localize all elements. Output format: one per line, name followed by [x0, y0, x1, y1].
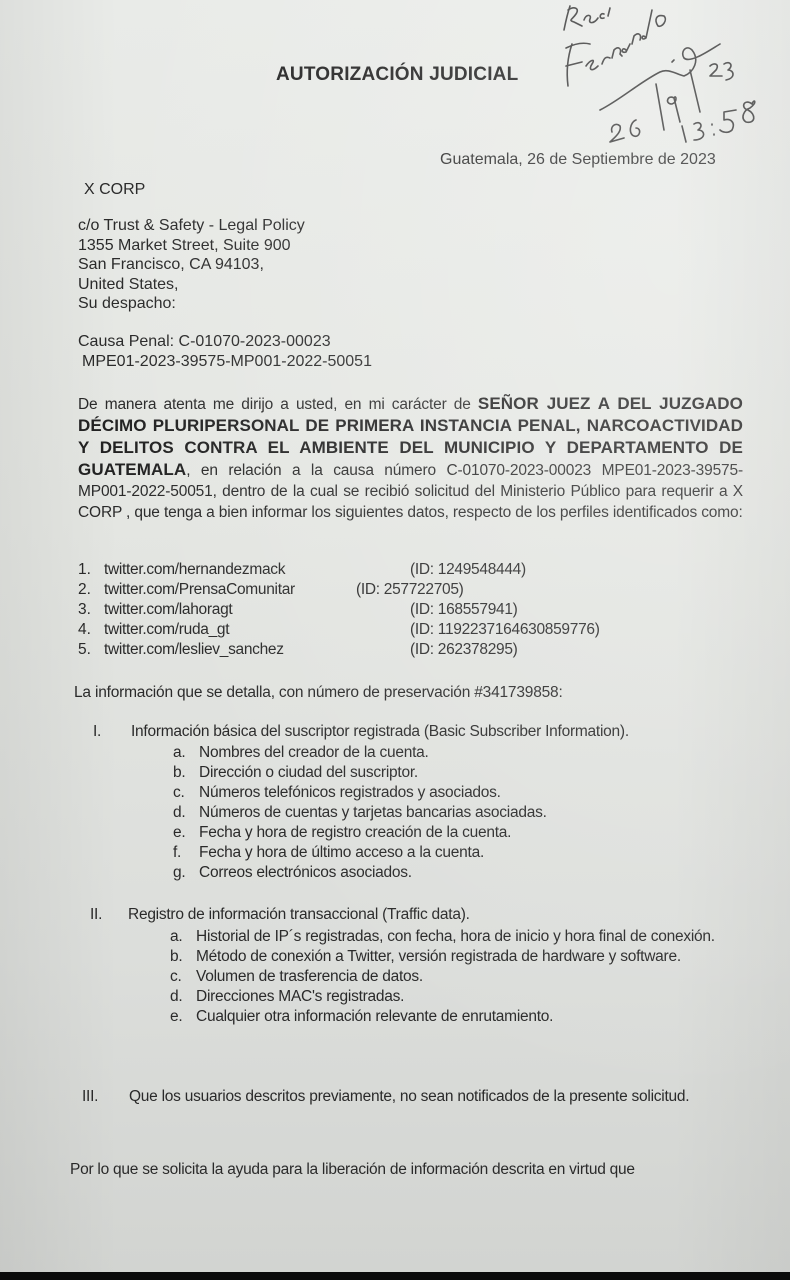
item-letter: e. — [173, 823, 185, 843]
section-numeral: II. — [90, 905, 102, 925]
address-line: 1355 Market Street, Suite 900 — [78, 236, 305, 256]
item-text: Cualquier otra información relevante de … — [196, 1008, 553, 1025]
case-reference: Causa Penal: C-01070-2023-00023 MPE01-20… — [78, 332, 372, 372]
profile-list: 1. twitter.com/hernandezmack (ID: 124954… — [78, 560, 778, 660]
item-number: 3. — [78, 600, 91, 620]
section-heading: Información básica del suscriptor regist… — [131, 722, 629, 742]
mp-reference: MPE01-2023-39575-MP001-2022-50051 — [78, 352, 372, 372]
date-line: Guatemala, 26 de Septiembre de 2023 — [440, 151, 716, 169]
sub-item-list: a.Nombres del creador de la cuenta. b.Di… — [173, 743, 767, 883]
preservation-number-line: La información que se detalla, con númer… — [74, 684, 563, 702]
profile-id: (ID: 1192237164630859776) — [410, 620, 600, 640]
profile-id: (ID: 1249548444) — [410, 560, 526, 580]
item-number: 1. — [78, 560, 91, 580]
item-letter: d. — [170, 987, 182, 1007]
item-letter: c. — [170, 967, 182, 987]
case-number: Causa Penal: C-01070-2023-00023 — [78, 332, 372, 352]
address-line: c/o Trust & Safety - Legal Policy — [78, 216, 305, 236]
item-number: 5. — [78, 640, 91, 660]
item-text: Números de cuentas y tarjetas bancarias … — [199, 804, 547, 821]
item-text: Método de conexión a Twitter, versión re… — [196, 948, 681, 965]
item-text: Nombres del creador de la cuenta. — [199, 744, 429, 761]
list-item: c.Números telefónicos registrados y asoc… — [173, 783, 767, 803]
list-item: b.Método de conexión a Twitter, versión … — [170, 947, 776, 967]
recipient-address: c/o Trust & Safety - Legal Policy 1355 M… — [78, 216, 305, 314]
item-letter: d. — [173, 803, 185, 823]
bottom-edge — [0, 1272, 790, 1280]
item-text: Fecha y hora de último acceso a la cuent… — [199, 844, 484, 861]
list-item: b.Dirección o ciudad del suscriptor. — [173, 763, 767, 783]
handwritten-receipt-signature — [560, 0, 790, 150]
item-letter: b. — [170, 947, 182, 967]
profile-id: (ID: 168557941) — [410, 600, 518, 620]
list-item: e.Cualquier otra información relevante d… — [170, 1007, 776, 1027]
item-text: Dirección o ciudad del suscriptor. — [199, 764, 418, 781]
closing-paragraph: Por lo que se solicita la ayuda para la … — [70, 1161, 635, 1179]
list-item: 5. twitter.com/lesliev_sanchez (ID: 2623… — [78, 640, 778, 660]
section-numeral: III. — [82, 1087, 98, 1107]
profile-handle: twitter.com/PrensaComunitar — [104, 580, 295, 600]
section-heading: Registro de información transaccional (T… — [128, 905, 470, 925]
item-number: 2. — [78, 580, 91, 600]
item-letter: a. — [170, 927, 182, 947]
list-item: g.Correos electrónicos asociados. — [173, 863, 767, 883]
intro-paragraph: De manera atenta me dirijo a usted, en m… — [78, 393, 743, 523]
item-letter: f. — [173, 843, 181, 863]
list-item: 1. twitter.com/hernandezmack (ID: 124954… — [78, 560, 778, 580]
item-text: Correos electrónicos asociados. — [199, 864, 412, 881]
sub-item-list: a.Historial de IP´s registradas, con fec… — [170, 927, 776, 1027]
item-text: Historial de IP´s registradas, con fecha… — [196, 928, 715, 945]
list-item: e.Fecha y hora de registro creación de l… — [173, 823, 767, 843]
profile-handle: twitter.com/lahoragt — [104, 600, 232, 620]
item-number: 4. — [78, 620, 91, 640]
item-text: Números telefónicos registrados y asocia… — [199, 784, 501, 801]
item-letter: g. — [173, 863, 185, 883]
item-letter: e. — [170, 1007, 182, 1027]
list-item: f.Fecha y hora de último acceso a la cue… — [173, 843, 767, 863]
list-item: 4. twitter.com/ruda_gt (ID: 119223716463… — [78, 620, 778, 640]
section-numeral: I. — [93, 722, 101, 742]
address-line: United States, — [78, 275, 305, 295]
profile-handle: twitter.com/hernandezmack — [104, 560, 285, 580]
list-item: d.Direcciones MAC's registradas. — [170, 987, 776, 1007]
profile-id: (ID: 262378295) — [410, 640, 518, 660]
item-letter: a. — [173, 743, 185, 763]
list-item: c.Volumen de trasferencia de datos. — [170, 967, 776, 987]
section-heading: Que los usuarios descritos previamente, … — [129, 1087, 761, 1107]
item-text: Volumen de trasferencia de datos. — [196, 968, 423, 985]
address-line: Su despacho: — [78, 294, 305, 314]
profile-id: (ID: 257722705) — [356, 580, 464, 600]
list-item: 2. twitter.com/PrensaComunitar (ID: 2577… — [78, 580, 778, 600]
item-letter: c. — [173, 783, 185, 803]
list-item: a.Historial de IP´s registradas, con fec… — [170, 927, 776, 947]
intro-text-1: De manera atenta me dirijo a usted, en m… — [78, 396, 478, 413]
profile-handle: twitter.com/ruda_gt — [104, 620, 229, 640]
item-letter: b. — [173, 763, 185, 783]
item-text: Direcciones MAC's registradas. — [196, 988, 404, 1005]
list-item: d.Números de cuentas y tarjetas bancaria… — [173, 803, 767, 823]
list-item: a.Nombres del creador de la cuenta. — [173, 743, 767, 763]
profile-handle: twitter.com/lesliev_sanchez — [104, 640, 284, 660]
document-page: AUTORIZACIÓN JUDICIAL — [0, 0, 790, 1272]
document-title: AUTORIZACIÓN JUDICIAL — [276, 64, 518, 86]
recipient-name: X CORP — [84, 181, 145, 199]
list-item: 3. twitter.com/lahoragt (ID: 168557941) — [78, 600, 778, 620]
address-line: San Francisco, CA 94103, — [78, 255, 305, 275]
item-text: Fecha y hora de registro creación de la … — [199, 824, 511, 841]
